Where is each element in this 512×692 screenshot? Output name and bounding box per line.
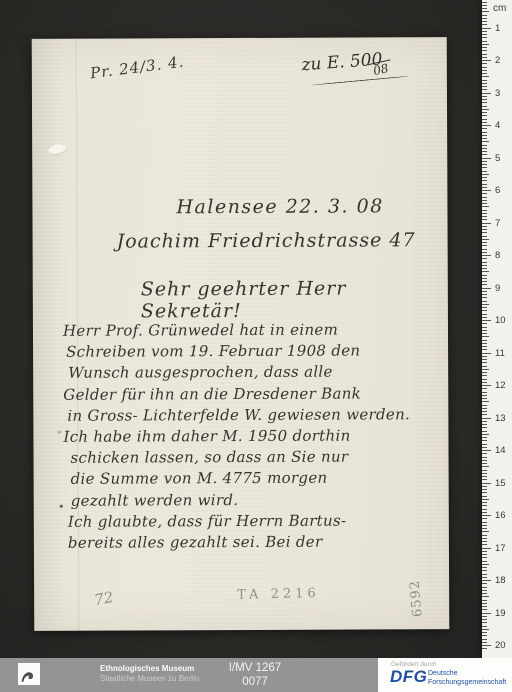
ruler-tick [482, 138, 487, 139]
ruler-tick [482, 414, 487, 415]
dfg-name-line2: Forschungsgemeinschaft [428, 679, 506, 686]
ruler-tick [482, 47, 487, 48]
ruler-tick [482, 265, 487, 266]
paper-speck [57, 431, 61, 434]
ruler-tick [482, 427, 487, 428]
ruler-tick [482, 645, 491, 646]
ruler-tick [482, 492, 487, 493]
ruler-tick [482, 151, 487, 152]
dfg-name-line1: Deutsche [428, 670, 458, 677]
ruler-tick [482, 431, 487, 432]
ruler-tick [482, 548, 491, 549]
letter-body-line: schicken lassen, so dass an Sie nur [70, 446, 455, 469]
ruler-tick [482, 392, 487, 393]
ruler-tick [482, 102, 487, 103]
ruler-tick [482, 307, 487, 308]
ruler-tick [482, 271, 489, 272]
ruler-tick [482, 359, 487, 360]
letter-body-line: in Gross- Lichterfelde W. gewiesen werde… [67, 404, 455, 427]
ruler-tick [482, 2, 487, 3]
ruler-tick [482, 343, 487, 344]
ruler-cm-label: 13 [495, 413, 506, 424]
ruler-tick [482, 642, 487, 643]
ruler-tick [482, 583, 487, 584]
ruler-tick [482, 463, 487, 464]
ruler-tick [482, 184, 487, 185]
ruler-tick [482, 466, 489, 467]
ruler-tick [482, 538, 487, 539]
ruler-tick [482, 440, 487, 441]
ruler-tick [482, 603, 487, 604]
ruler-tick [482, 362, 487, 363]
ruler-tick [482, 99, 487, 100]
ruler-tick [482, 216, 487, 217]
ruler-cm-label: 8 [495, 250, 500, 261]
ruler-tick [482, 473, 487, 474]
ruler-tick [482, 648, 487, 649]
ruler-tick [482, 219, 487, 220]
ruler-tick [482, 239, 489, 240]
letter-body-line: Wunsch ausgesprochen, dass alle [68, 361, 455, 384]
ruler-tick [482, 190, 491, 191]
ruler-tick [482, 424, 487, 425]
ruler-tick [482, 41, 487, 42]
ruler-tick [482, 262, 487, 263]
ruler-cm-label: 10 [495, 315, 506, 326]
ruler-cm-label: 15 [495, 478, 506, 489]
ruler-tick [482, 50, 487, 51]
ruler-tick [482, 317, 487, 318]
ruler-cm-label: 20 [495, 640, 506, 651]
ruler-tick [482, 197, 487, 198]
ruler-tick [482, 115, 487, 116]
ruler-tick [482, 327, 487, 328]
ruler-tick [482, 626, 487, 627]
ruler-tick [482, 96, 487, 97]
scan-page-number: 0077 [180, 676, 330, 688]
ruler-tick [482, 187, 487, 188]
ruler-cm-label: 16 [495, 510, 506, 521]
ink-dot [60, 505, 63, 508]
ruler-tick [482, 457, 487, 458]
ruler-tick [482, 242, 487, 243]
ruler-tick [482, 512, 487, 513]
ruler-tick [482, 635, 487, 636]
ruler-tick [482, 382, 487, 383]
ruler-tick [482, 496, 487, 497]
ruler-cm-label: 11 [495, 348, 505, 359]
ruler-tick [482, 223, 491, 224]
ruler-tick [482, 145, 487, 146]
ruler-cm-label: 3 [495, 88, 500, 99]
ruler-tick [482, 564, 489, 565]
ruler-tick [482, 356, 487, 357]
registry-note-top-left: Pr. 24/3. 4. [89, 53, 185, 83]
letter-body-line: die Summe von M. 4775 morgen [71, 467, 456, 490]
ruler-tick [482, 141, 489, 142]
ruler-tick [482, 577, 487, 578]
letter-page: Pr. 24/3. 4. zu E. 50008 Halensee 22. 3.… [32, 37, 450, 631]
ruler-cm-label: 17 [495, 543, 506, 554]
ruler-tick [482, 405, 487, 406]
ruler-tick [482, 112, 487, 113]
letter-body: Herr Prof. Grünwedel hat in einemSchreib… [63, 319, 456, 554]
ruler-tick [482, 76, 489, 77]
ruler-cm-label: 7 [495, 218, 500, 229]
ruler-tick [482, 258, 487, 259]
ruler-tick [482, 639, 487, 640]
ruler-unit-label: cm [493, 3, 506, 14]
museum-logo [18, 663, 40, 685]
ruler-tick [482, 499, 489, 500]
ruler-cm-label: 12 [495, 380, 506, 391]
ruler-tick [482, 470, 487, 471]
ruler-tick [482, 158, 491, 159]
letter-place-date: Halensee 22. 3. 08 [176, 195, 383, 218]
ruler-tick [482, 304, 489, 305]
ruler-tick [482, 314, 487, 315]
ruler-tick [482, 132, 487, 133]
ruler-tick [482, 372, 487, 373]
ruler-cm-label: 6 [495, 185, 500, 196]
ruler-tick [482, 340, 487, 341]
ruler-tick [482, 200, 487, 201]
ruler-tick [482, 249, 487, 250]
ruler-tick [482, 86, 487, 87]
ruler-tick [482, 320, 491, 321]
ruler-tick [482, 600, 487, 601]
letter-body-line: Herr Prof. Grünwedel hat in einem [63, 319, 455, 342]
ruler-tick [482, 245, 487, 246]
ruler-tick [482, 388, 487, 389]
ruler-tick [482, 109, 489, 110]
ruler-tick [482, 596, 489, 597]
letter-body-line: Ich habe ihm daher M. 1950 dorthin [63, 425, 455, 448]
ruler-tick [482, 301, 487, 302]
ruler-tick [482, 67, 487, 68]
ruler-tick [482, 164, 487, 165]
ruler-tick [482, 210, 487, 211]
ruler-tick [482, 15, 487, 16]
ruler-tick [482, 284, 487, 285]
ruler-cm-label: 2 [495, 55, 500, 66]
inventory-number: I/MV 1267 [180, 662, 330, 674]
ruler-tick [482, 297, 487, 298]
ruler-tick [482, 174, 489, 175]
ruler-tick [482, 479, 487, 480]
ruler-cm-label: 5 [495, 153, 500, 164]
ruler-tick [482, 613, 491, 614]
ruler-tick [482, 590, 487, 591]
registry-note-year: 08 [368, 59, 394, 79]
ruler-tick [482, 336, 489, 337]
ruler-tick [482, 278, 487, 279]
ruler-tick [482, 411, 487, 412]
registry-note-underline [311, 76, 409, 86]
ruler-tick [482, 622, 487, 623]
ruler-tick [482, 229, 487, 230]
ruler-tick [482, 349, 487, 350]
ruler-tick [482, 330, 487, 331]
ruler-tick [482, 203, 487, 204]
ruler-tick [482, 80, 487, 81]
ruler-tick [482, 561, 487, 562]
ruler-tick [482, 236, 487, 237]
ruler-tick [482, 567, 487, 568]
ruler-tick [482, 93, 491, 94]
letter-body-line: bereits alles gezahlt sei. Bei der [68, 531, 456, 554]
ruler-tick [482, 450, 491, 451]
ruler-tick [482, 148, 487, 149]
ruler-tick [482, 366, 487, 367]
ruler-tick [482, 161, 487, 162]
ruler-tick [482, 346, 487, 347]
ruler-tick [482, 574, 487, 575]
ruler-tick [482, 401, 489, 402]
ruler-tick [482, 63, 487, 64]
ruler-tick [482, 528, 487, 529]
ruler-tick [482, 375, 487, 376]
ruler-tick [482, 44, 489, 45]
ruler-tick [482, 83, 487, 84]
ruler-tick [482, 294, 487, 295]
ruler-tick [482, 333, 487, 334]
ruler-tick [482, 554, 487, 555]
ruler: cm 1234567891011121314151617181920 [482, 0, 512, 658]
pencil-note-bottom-left: 72 [93, 588, 115, 609]
ruler-tick [482, 171, 487, 172]
ruler-cm-label: 19 [495, 608, 506, 619]
ruler-tick [482, 509, 487, 510]
ruler-tick [482, 379, 487, 380]
ruler-tick [482, 385, 491, 386]
ruler-tick [482, 593, 487, 594]
ruler-tick [482, 609, 487, 610]
ruler-tick [482, 616, 487, 617]
ruler-tick [482, 408, 487, 409]
ruler-tick [482, 18, 487, 19]
ruler-cm-label: 14 [495, 445, 506, 456]
ruler-tick [482, 213, 487, 214]
pencil-note-catalog: TA 2216 [237, 586, 320, 603]
ruler-tick [482, 632, 487, 633]
letter-address: Joachim Friedrichstrasse 47 [117, 229, 416, 252]
ruler-tick [482, 54, 487, 55]
ruler-tick [482, 291, 487, 292]
ruler-tick [482, 505, 487, 506]
ruler-tick [482, 8, 487, 9]
ruler-tick [482, 518, 487, 519]
ruler-tick [482, 525, 487, 526]
ruler-tick [482, 551, 487, 552]
dfg-logo: DFG [390, 667, 427, 687]
ruler-tick [482, 353, 491, 354]
ruler-tick [482, 57, 487, 58]
letter-body-line: Gelder für ihn an die Dresdener Bank [63, 383, 455, 406]
ruler-tick [482, 483, 491, 484]
ruler-tick [482, 395, 487, 396]
ruler-tick [482, 193, 487, 194]
ruler-tick [482, 125, 491, 126]
ruler-tick [482, 255, 491, 256]
ruler-tick [482, 444, 487, 445]
ruler-tick [482, 122, 487, 123]
ruler-tick [482, 28, 491, 29]
ruler-tick [482, 535, 487, 536]
ruler-tick [482, 268, 487, 269]
ruler-tick [482, 476, 487, 477]
ruler-tick [482, 587, 487, 588]
ruler-tick [482, 226, 487, 227]
ruler-tick [482, 515, 491, 516]
ruler-tick [482, 619, 487, 620]
ruler-tick [482, 31, 487, 32]
dfg-funding-box: Gefördert durch DFG Deutsche Forschungsg… [378, 658, 512, 692]
ruler-tick [482, 570, 487, 571]
ruler-tick [482, 369, 489, 370]
ruler-tick [482, 288, 491, 289]
ruler-tick [482, 453, 487, 454]
ruler-tick [482, 421, 487, 422]
ruler-tick [482, 323, 487, 324]
ruler-cm-label: 4 [495, 120, 500, 131]
letter-body-line: Ich glaubte, dass für Herrn Bartus- [68, 510, 456, 533]
ruler-tick [482, 606, 487, 607]
ruler-tick [482, 557, 487, 558]
ruler-tick [482, 60, 491, 61]
ruler-tick [482, 531, 489, 532]
museum-wave-icon [20, 667, 38, 683]
ruler-tick [482, 489, 487, 490]
ruler-tick [482, 447, 487, 448]
ruler-tick [482, 70, 487, 71]
letter-salutation: Sehr geehrter Herr Sekretär! [141, 277, 448, 322]
ruler-tick [482, 398, 487, 399]
letter-body-line: Schreiben vom 19. Februar 1908 den [66, 340, 455, 363]
ruler-tick [482, 434, 489, 435]
pencil-note-vertical: 6592 [408, 555, 464, 611]
ruler-tick [482, 89, 487, 90]
footer-bar: Ethnologisches Museum Staatliche Museen … [0, 658, 512, 692]
ruler-tick [482, 37, 487, 38]
ruler-tick [482, 232, 487, 233]
ruler-tick [482, 275, 487, 276]
ruler-tick [482, 73, 487, 74]
ruler-cm-label: 1 [495, 23, 500, 34]
ruler-tick [482, 34, 487, 35]
ruler-tick [482, 541, 487, 542]
ruler-tick [482, 106, 487, 107]
ruler-tick [482, 24, 487, 25]
ruler-tick [482, 502, 487, 503]
letter-body-line: gezahlt werden wird. [71, 489, 456, 512]
ruler-tick [482, 128, 487, 129]
ruler-tick [482, 310, 487, 311]
ruler-tick [482, 629, 489, 630]
ruler-tick [482, 135, 487, 136]
ruler-tick [482, 180, 487, 181]
ruler-tick [482, 544, 487, 545]
ruler-tick [482, 580, 491, 581]
ruler-tick [482, 5, 487, 6]
ruler-tick [482, 206, 489, 207]
ruler-tick [482, 418, 491, 419]
registry-note-top-right: zu E. 50008 [301, 48, 409, 86]
ruler-tick [482, 252, 487, 253]
ruler-tick [482, 119, 487, 120]
ruler-tick [482, 522, 487, 523]
ruler-tick [482, 281, 487, 282]
ruler-tick [482, 154, 487, 155]
ruler-tick [482, 460, 487, 461]
ruler-tick [482, 177, 487, 178]
ruler-cm-label: 9 [495, 283, 500, 294]
ruler-tick [482, 437, 487, 438]
ruler-tick [482, 21, 487, 22]
ruler-tick [482, 11, 489, 12]
ruler-cm-label: 18 [495, 575, 506, 586]
ruler-tick [482, 167, 487, 168]
ruler-tick [482, 486, 487, 487]
